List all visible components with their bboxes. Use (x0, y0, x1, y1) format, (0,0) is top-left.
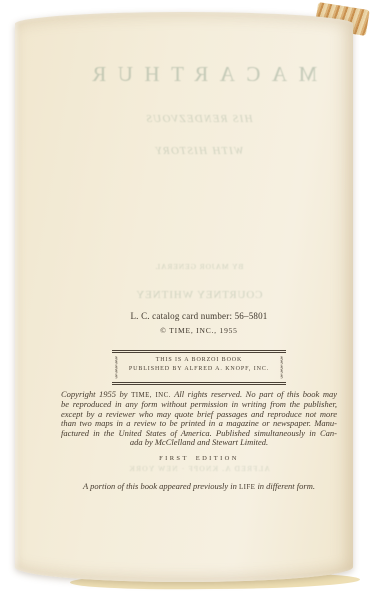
colophon-line-1: THIS IS A BORZOI BOOK (112, 356, 286, 365)
copyright-page: MACARTHUR HIS RENDEZVOUS WITH HISTORY BY… (15, 12, 353, 582)
life-note-text: A portion of this book appeared previous… (83, 481, 239, 491)
catalog-card-number-line: L. C. catalog card number: 56–5801 (60, 311, 338, 321)
copyright-paragraph-line: ada by McClelland and Stewart Limited. (61, 438, 337, 447)
colophon-ornament-right: § § § § § (280, 356, 283, 379)
colophon-line-2: PUBLISHED BY ALFRED A. KNOPF, INC. (112, 365, 286, 374)
copyright-text: Copyright 1955 by (61, 389, 131, 399)
life-magazine-note: A portion of this book appeared previous… (60, 481, 338, 491)
copyright-notice-line: © TIME, INC., 1955 (60, 326, 338, 335)
copyright-page-content: L. C. catalog card number: 56–5801 © TIM… (60, 12, 338, 582)
life-note-text: in different form. (255, 481, 315, 491)
publisher-smallcaps: TIME, INC. (131, 391, 171, 399)
life-smallcaps: LIFE (239, 483, 255, 491)
copyright-paragraph: Copyright 1955 by TIME, INC. All rights … (61, 390, 337, 447)
book-photo: MACARTHUR HIS RENDEZVOUS WITH HISTORY BY… (0, 0, 376, 599)
copyright-text: All rights reserved. No part of this boo… (171, 389, 337, 399)
first-edition-line: FIRST EDITION (60, 455, 338, 462)
borzoi-colophon-box: § § § § § § § § § § THIS IS A BORZOI BOO… (112, 350, 286, 385)
colophon-ornament-left: § § § § § (115, 356, 118, 379)
